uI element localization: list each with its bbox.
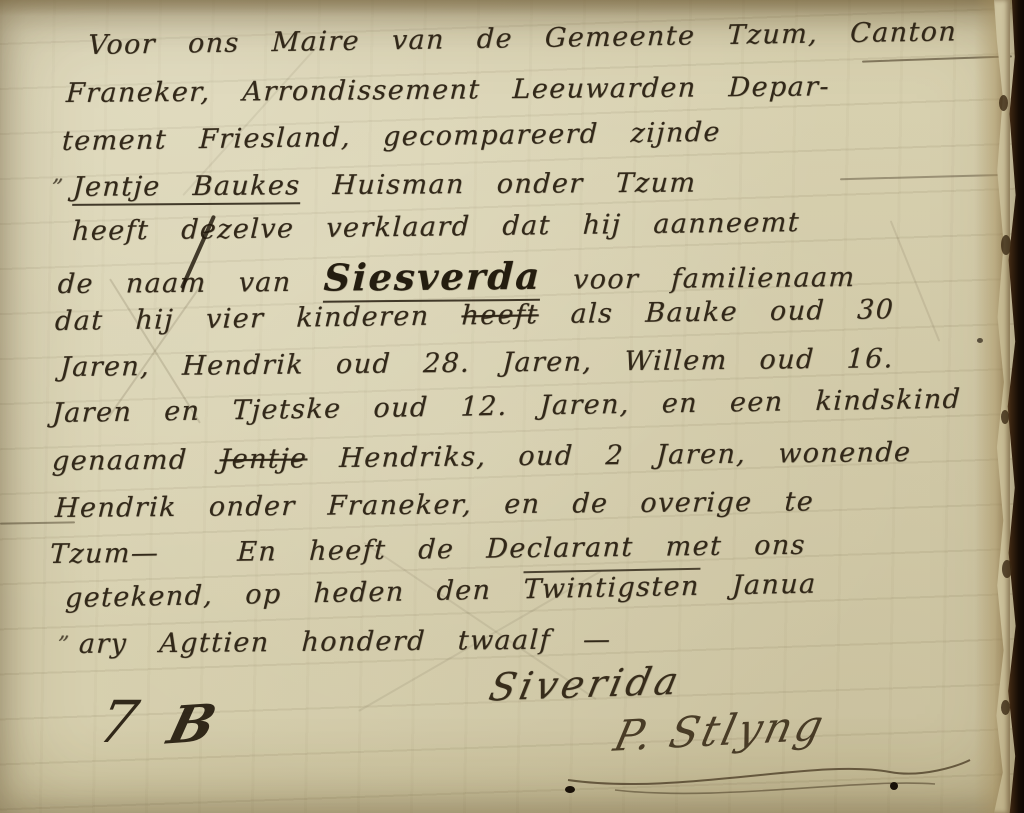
bleedthrough-stroke <box>890 220 941 341</box>
handwritten-line-4: „Jentje Baukes Huisman onder Tzum <box>51 167 697 203</box>
binding-speck <box>1001 700 1010 715</box>
line-text: als Bauke oud 30 <box>538 294 895 330</box>
binding-speck <box>999 95 1008 111</box>
ink-blot <box>565 786 575 793</box>
line-text: tement Friesland, gecompareerd zijnde <box>61 117 721 157</box>
handwritten-line-5: heeft dezelve verklaard dat hij aanneemt <box>71 207 800 247</box>
marginal-mark: 7 B <box>100 688 214 756</box>
line-text: heeft dezelve verklaard dat hij aanneemt <box>71 207 800 247</box>
ink-blot <box>890 782 898 790</box>
page-top-shadow <box>0 0 1024 16</box>
handwritten-line-10: genaamd Jentje Hendriks, oud 2 Jaren, wo… <box>51 437 912 477</box>
line-text: Jaren en Tjetske oud 12. Jaren, en een k… <box>51 384 961 429</box>
marginal-initial: B <box>162 693 222 757</box>
line-text: Jaren, Hendrik oud 28. Jaren, Willem oud… <box>59 343 894 383</box>
struck-word: heeft <box>461 299 539 331</box>
handwritten-line-2: Franeker, Arrondissement Leeuwarden Depa… <box>65 71 830 109</box>
line-text: Franeker, Arrondissement Leeuwarden Depa… <box>65 71 830 109</box>
manuscript-page: Voor ons Maire van de Gemeente Tzum, Can… <box>0 0 1024 813</box>
signature-flourish <box>560 738 980 808</box>
marginal-number: 7 <box>93 688 144 756</box>
line-text: En heeft de Declarant met ons <box>237 530 807 568</box>
handwritten-line-12: Tzum—En heeft de Declarant met ons <box>49 530 806 570</box>
handwritten-line-6: de naam van Siesverda voor familienaam <box>57 251 857 302</box>
struck-word: Jentje <box>219 443 308 475</box>
line-text: genaamd <box>51 444 220 477</box>
insertion-mark: „ <box>52 162 66 187</box>
adopted-family-name: Siesverda <box>323 254 543 303</box>
line-text: Janua <box>699 569 817 602</box>
declarant-name-underlined: Jentje Baukes <box>72 170 301 206</box>
line-text: getekend, op heden den <box>64 574 523 614</box>
handwritten-line-8: Jaren, Hendrik oud 28. Jaren, Willem oud… <box>59 343 894 383</box>
handwritten-line-1: Voor ons Maire van de Gemeente Tzum, Can… <box>87 16 957 61</box>
handwritten-line-14: „ary Agttien honderd twaalf — <box>57 624 612 660</box>
handwritten-line-13: getekend, op heden den Twintigsten Janua <box>64 569 817 614</box>
line-text: Voor ons Maire van de Gemeente Tzum, Can… <box>87 16 957 61</box>
line-text: dat hij vier kinderen <box>54 300 462 337</box>
line-text: Tzum— <box>49 538 159 570</box>
declarant-signature: Siverida <box>485 658 686 709</box>
continuation-mark: „ <box>58 619 72 644</box>
handwritten-line-3: tement Friesland, gecompareerd zijnde <box>61 117 721 157</box>
line-text: Huisman onder Tzum <box>300 167 697 201</box>
handwritten-line-11: Hendrik onder Franeker, en de overige te <box>54 486 814 524</box>
binding-speck <box>1001 410 1009 424</box>
line-text: ary Agttien honderd twaalf — <box>78 624 612 660</box>
date-word-overlined: Twintigsten <box>523 568 701 605</box>
line-text: voor familienaam <box>540 262 856 296</box>
line-text: Hendriks, oud 2 Jaren, wonende <box>307 437 912 474</box>
binding-speck <box>1002 560 1012 578</box>
binding-speck <box>1001 235 1011 255</box>
handwritten-line-9: Jaren en Tjetske oud 12. Jaren, en een k… <box>51 384 961 429</box>
line-text: Hendrik onder Franeker, en de overige te <box>54 486 814 524</box>
